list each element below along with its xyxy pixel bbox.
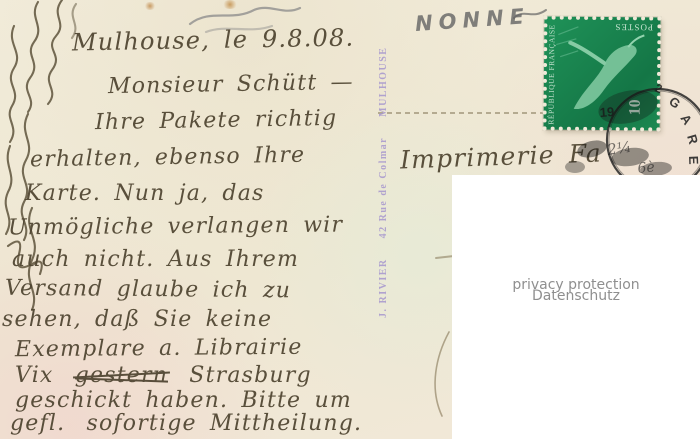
crease-line (378, 112, 554, 114)
privacy-overlay: privacy protection Datenschutz (452, 175, 700, 439)
message-line: Versand glaube ich zu (5, 276, 291, 303)
closing-pre: gefl. (10, 411, 65, 436)
paper-stain (144, 2, 156, 10)
postmark-arc-letter: R (684, 133, 700, 147)
svg-text:2¼: 2¼ (605, 138, 632, 159)
closing-underlined: sofortige Mittheilung. (86, 411, 362, 439)
message-line: auch nicht. Aus Ihrem (12, 247, 299, 272)
strike-line-post: Strasburg (189, 363, 312, 388)
imprint-city: MULHOUSE (378, 47, 389, 117)
struck-word: gestern (75, 363, 168, 388)
message-line: Ihre Pakete richtig (95, 106, 338, 135)
message-line: Unmögliche verlangen wir (8, 213, 343, 241)
message-line: Karte. Nun ja, das (25, 181, 265, 206)
message-line: sehen, daß Sie keine (2, 307, 272, 332)
message-line: geschickt haben. Bitte um (15, 388, 352, 413)
message-closing: gefl. sofortige Mittheilung. (10, 411, 362, 436)
imprint-street: 42 Rue de Colmar (378, 137, 389, 239)
imprint-name: J. RIVIER (378, 258, 389, 318)
message-dateline: Mulhouse, le 9.8.08. (72, 24, 355, 57)
postcard-scan: Mulhouse, le 9.8.08. Monsieur Schütt — I… (0, 0, 700, 439)
message-salutation: Monsieur Schütt — (108, 70, 354, 99)
printer-imprint: J. RIVIER 42 Rue de Colmar MULHOUSE (378, 26, 389, 318)
message-line: Exemplare a. Librairie (15, 335, 303, 363)
postmark-arc-letter: E (686, 156, 700, 166)
message-line: erhalten, ebenso Ihre (30, 143, 306, 173)
message-line-strikethrough: Vix gestern Strasburg (15, 363, 312, 388)
postmark-smudges (565, 85, 673, 178)
strike-line-pre: Vix (15, 363, 54, 388)
postmark-arc-letter: A (678, 111, 696, 128)
